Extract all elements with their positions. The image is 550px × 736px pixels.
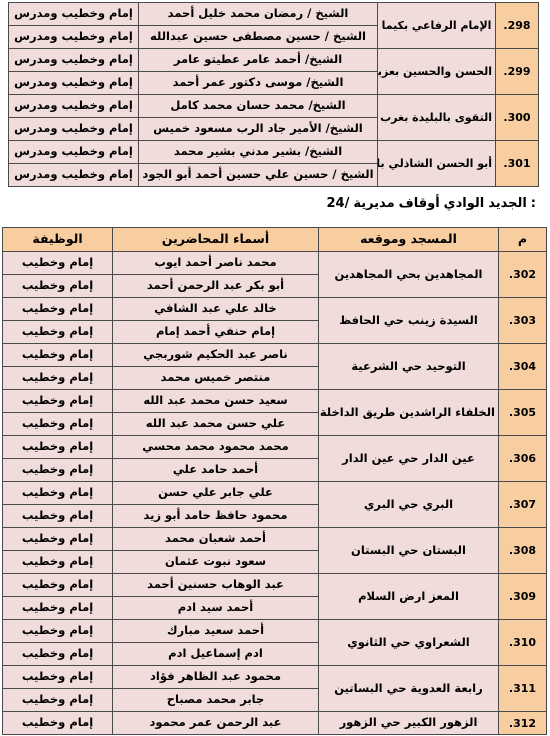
mosque-cell: الزهور الكبير حي الزهور [319, 712, 499, 735]
table-row: .309المعز ارض السلامعبد الوهاب حسنين أحم… [3, 574, 547, 597]
role-cell: إمام وخطيب ومدرس [9, 72, 139, 95]
role-cell: إمام وخطيب [3, 344, 113, 367]
lecturer-name-cell: الشيخ / حسين مصطفى حسين عبدالله [139, 26, 378, 49]
role-cell: إمام وخطيب [3, 551, 113, 574]
lecturer-name-cell: منتصر خميس محمد [113, 367, 319, 390]
table-row: .298الإمام الرفاعي بكيماالشيخ / رمضان مح… [9, 3, 539, 26]
section-heading-word: مديرية [353, 196, 394, 211]
row-number-cell: .310 [499, 620, 547, 666]
mosque-cell: رابعة العدوية حي البساتين [319, 666, 499, 712]
lecturer-name-cell: أبو بكر عبد الرحمن أحمد [113, 275, 319, 298]
mosque-cell: التوحيد حي الشرعية [319, 344, 499, 390]
lecturer-name-cell: محمود حافظ حامد أبو زيد [113, 505, 319, 528]
lecturer-name-cell: الشيخ / حسين علي حسين أحمد أبو الجود [139, 164, 378, 187]
lecturer-name-cell: خالد علي عبد الشافي [113, 298, 319, 321]
mosque-cell: الإمام الرفاعي بكيما [378, 3, 496, 49]
mosque-cell: الحسن والحسين بعزبة العسكر [378, 49, 496, 95]
role-cell: إمام وخطيب [3, 459, 113, 482]
mosque-cell: البري حي البري [319, 482, 499, 528]
lecturer-name-cell: أحمد سيد ادم [113, 597, 319, 620]
role-cell: إمام وخطيب ومدرس [9, 3, 139, 26]
section-heading: 24/مديريةأوقافالواديالجديد: [326, 196, 536, 211]
lecturer-name-cell: سعيد حسن محمد عبد الله [113, 390, 319, 413]
role-cell: إمام وخطيب [3, 436, 113, 459]
mosque-cell: عين الدار حي عين الدار [319, 436, 499, 482]
aswan-roster-table: .298الإمام الرفاعي بكيماالشيخ / رمضان مح… [8, 2, 539, 187]
row-number-cell: .303 [499, 298, 547, 344]
new-valley-roster-table: مالمسجد وموقعهأسماء المحاضرينالوظيفة .30… [2, 227, 547, 735]
lecturer-name-cell: إمام حنفي أحمد إمام [113, 321, 319, 344]
lecturer-name-cell: محمد محمود محمد محسي [113, 436, 319, 459]
role-cell: إمام وخطيب [3, 413, 113, 436]
lecturer-name-cell: الشيخ/ أحمد عامر عطيتو عامر [139, 49, 378, 72]
role-cell: إمام وخطيب ومدرس [9, 118, 139, 141]
lecturer-name-cell: عبد الرحمن عمر محمود [113, 712, 319, 735]
mosque-cell: الشعراوي حي الثانوي [319, 620, 499, 666]
role-cell: إمام وخطيب [3, 528, 113, 551]
role-cell: إمام وخطيب [3, 367, 113, 390]
mosque-cell: التقوى بالبليدة بغرب أسوان [378, 95, 496, 141]
role-cell: إمام وخطيب [3, 298, 113, 321]
role-cell: إمام وخطيب [3, 574, 113, 597]
column-header-role: الوظيفة [3, 228, 113, 252]
table-row: .299الحسن والحسين بعزبة العسكرالشيخ/ أحم… [9, 49, 539, 72]
row-number-cell: .309 [499, 574, 547, 620]
table-row: .304التوحيد حي الشرعيةناصر عبد الحكيم شو… [3, 344, 547, 367]
lecturer-name-cell: الشيخ / رمضان محمد خليل أحمد [139, 3, 378, 26]
table-row: .308البستان حي البستانأحمد شعبان محمدإما… [3, 528, 547, 551]
section-heading-word: الجديد [488, 196, 527, 211]
section-heading-word: الوادي [444, 196, 485, 211]
lecturer-name-cell: محمد ناصر أحمد ايوب [113, 252, 319, 275]
row-number-cell: .299 [496, 49, 539, 95]
section-heading-word: أوقاف [399, 196, 440, 211]
column-header-names: أسماء المحاضرين [113, 228, 319, 252]
role-cell: إمام وخطيب [3, 666, 113, 689]
table-row: .301أبو الحسن الشاذلي بالدوماريةالشيخ/ ب… [9, 141, 539, 164]
row-number-cell: .300 [496, 95, 539, 141]
role-cell: إمام وخطيب [3, 390, 113, 413]
row-number-cell: .301 [496, 141, 539, 187]
row-number-cell: .307 [499, 482, 547, 528]
role-cell: إمام وخطيب ومدرس [9, 141, 139, 164]
role-cell: إمام وخطيب ومدرس [9, 164, 139, 187]
role-cell: إمام وخطيب [3, 252, 113, 275]
row-number-cell: .305 [499, 390, 547, 436]
row-number-cell: .304 [499, 344, 547, 390]
table-row: .302المجاهدين بحي المجاهدينمحمد ناصر أحم… [3, 252, 547, 275]
table-row: .312الزهور الكبير حي الزهورعبد الرحمن عم… [3, 712, 547, 735]
role-cell: إمام وخطيب [3, 505, 113, 528]
lecturer-name-cell: الشيخ/ بشير مدني بشير محمد [139, 141, 378, 164]
column-header-number: م [499, 228, 547, 252]
lecturer-name-cell: الشيخ/ محمد حسان محمد كامل [139, 95, 378, 118]
lecturer-name-cell: عبد الوهاب حسنين أحمد [113, 574, 319, 597]
lecturer-name-cell: علي جابر علي حسن [113, 482, 319, 505]
mosque-cell: أبو الحسن الشاذلي بالدومارية [378, 141, 496, 187]
document-page: .298الإمام الرفاعي بكيماالشيخ / رمضان مح… [0, 0, 550, 736]
mosque-cell: المجاهدين بحي المجاهدين [319, 252, 499, 298]
row-number-cell: .302 [499, 252, 547, 298]
lecturer-name-cell: أحمد شعبان محمد [113, 528, 319, 551]
lecturer-name-cell: سعود نبوت عثمان [113, 551, 319, 574]
row-number-cell: .298 [496, 3, 539, 49]
role-cell: إمام وخطيب ومدرس [9, 95, 139, 118]
header-row: مالمسجد وموقعهأسماء المحاضرينالوظيفة [3, 228, 547, 252]
lecturer-name-cell: الشيخ/ الأمير جاد الرب مسعود خميس [139, 118, 378, 141]
lecturer-name-cell: ناصر عبد الحكيم شوربجي [113, 344, 319, 367]
table-row: .307البري حي البريعلي جابر علي حسنإمام و… [3, 482, 547, 505]
table-row: .306عين الدار حي عين الدارمحمد محمود محم… [3, 436, 547, 459]
role-cell: إمام وخطيب [3, 321, 113, 344]
section-heading-word: : [531, 196, 536, 211]
lecturer-name-cell: ادم إسماعيل ادم [113, 643, 319, 666]
role-cell: إمام وخطيب [3, 482, 113, 505]
role-cell: إمام وخطيب [3, 275, 113, 298]
mosque-cell: البستان حي البستان [319, 528, 499, 574]
role-cell: إمام وخطيب [3, 712, 113, 735]
aswan-roster-body: .298الإمام الرفاعي بكيماالشيخ / رمضان مح… [9, 3, 539, 187]
row-number-cell: .312 [499, 712, 547, 735]
lecturer-name-cell: أحمد حامد علي [113, 459, 319, 482]
column-header-mosque: المسجد وموقعه [319, 228, 499, 252]
role-cell: إمام وخطيب [3, 597, 113, 620]
lecturer-name-cell: الشيخ/ موسى دكتور عمر أحمد [139, 72, 378, 95]
lecturer-name-cell: أحمد سعيد مبارك [113, 620, 319, 643]
table-row: .311رابعة العدوية حي البساتينمحمود عبد ا… [3, 666, 547, 689]
row-number-cell: .311 [499, 666, 547, 712]
role-cell: إمام وخطيب [3, 643, 113, 666]
table-row: .305الخلفاء الراشدين طريق الداخلةسعيد حس… [3, 390, 547, 413]
table-row: .310الشعراوي حي الثانويأحمد سعيد مباركإم… [3, 620, 547, 643]
lecturer-name-cell: محمود عبد الظاهر فؤاد [113, 666, 319, 689]
role-cell: إمام وخطيب [3, 689, 113, 712]
role-cell: إمام وخطيب [3, 620, 113, 643]
lecturer-name-cell: جابر محمد مصباح [113, 689, 319, 712]
mosque-cell: الخلفاء الراشدين طريق الداخلة [319, 390, 499, 436]
row-number-cell: .306 [499, 436, 547, 482]
role-cell: إمام وخطيب ومدرس [9, 49, 139, 72]
section-heading-word: 24/ [326, 196, 349, 211]
table-row: .300التقوى بالبليدة بغرب أسوانالشيخ/ محم… [9, 95, 539, 118]
mosque-cell: المعز ارض السلام [319, 574, 499, 620]
role-cell: إمام وخطيب ومدرس [9, 26, 139, 49]
new-valley-roster-body: .302المجاهدين بحي المجاهدينمحمد ناصر أحم… [3, 252, 547, 735]
row-number-cell: .308 [499, 528, 547, 574]
lecturer-name-cell: علي حسن محمد عبد الله [113, 413, 319, 436]
table-row: .303السيدة زينب حي الحافظخالد علي عبد ال… [3, 298, 547, 321]
mosque-cell: السيدة زينب حي الحافظ [319, 298, 499, 344]
